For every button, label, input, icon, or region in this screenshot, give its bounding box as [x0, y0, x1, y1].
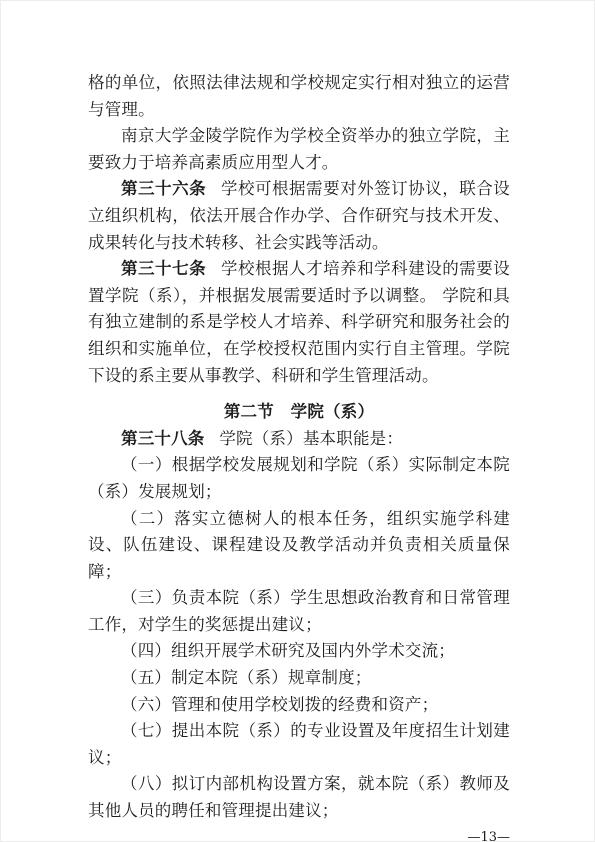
- document-page: 格的单位，依照法律法规和学校规定实行相对独立的运营与管理。南京大学金陵学院作为学…: [0, 0, 595, 842]
- document-body: 格的单位，依照法律法规和学校规定实行相对独立的运营与管理。南京大学金陵学院作为学…: [88, 70, 510, 825]
- article-number: 第三十六条: [121, 179, 206, 198]
- paragraph: （一）根据学校发展规划和学院（系）实际制定本院（系）发展规划；: [88, 452, 510, 505]
- section-heading: 第二节 学院（系）: [88, 399, 510, 426]
- paragraph: 第三十八条学院（系）基本职能是：: [88, 426, 510, 453]
- paragraph: （四）组织开展学术研究及国内外学术交流；: [88, 638, 510, 665]
- article-number: 第三十八条: [121, 429, 205, 448]
- paragraph: （二）落实立德树人的根本任务，组织实施学科建设、队伍建设、课程建设及教学活动并负…: [88, 506, 510, 586]
- paragraph: 南京大学金陵学院作为学校全资举办的独立学院，主要致力于培养高素质应用型人才。: [88, 123, 510, 176]
- paragraph: （八）拟订内部机构设置方案，就本院（系）教师及其他人员的聘任和管理提出建议；: [88, 771, 510, 824]
- paragraph: 格的单位，依照法律法规和学校规定实行相对独立的运营与管理。: [88, 70, 510, 123]
- page-number: —13—: [88, 830, 510, 842]
- paragraph: （三）负责本院（系）学生思想政治教育和日常管理工作，对学生的奖惩提出建议；: [88, 585, 510, 638]
- page-content: 格的单位，依照法律法规和学校规定实行相对独立的运营与管理。南京大学金陵学院作为学…: [88, 70, 510, 842]
- article-number: 第三十七条: [121, 259, 206, 278]
- paragraph: 第三十七条学校根据人才培养和学科建设的需要设置学院（系），并根据发展需要适时予以…: [88, 256, 510, 389]
- paragraph: （七）提出本院（系）的专业设置及年度招生计划建议；: [88, 718, 510, 771]
- paragraph: 第三十六条学校可根据需要对外签订协议，联合设立组织机构，依法开展合作办学、合作研…: [88, 176, 510, 256]
- paragraph: （五）制定本院（系）规章制度；: [88, 665, 510, 692]
- paragraph: （六）管理和使用学校划拨的经费和资产；: [88, 692, 510, 719]
